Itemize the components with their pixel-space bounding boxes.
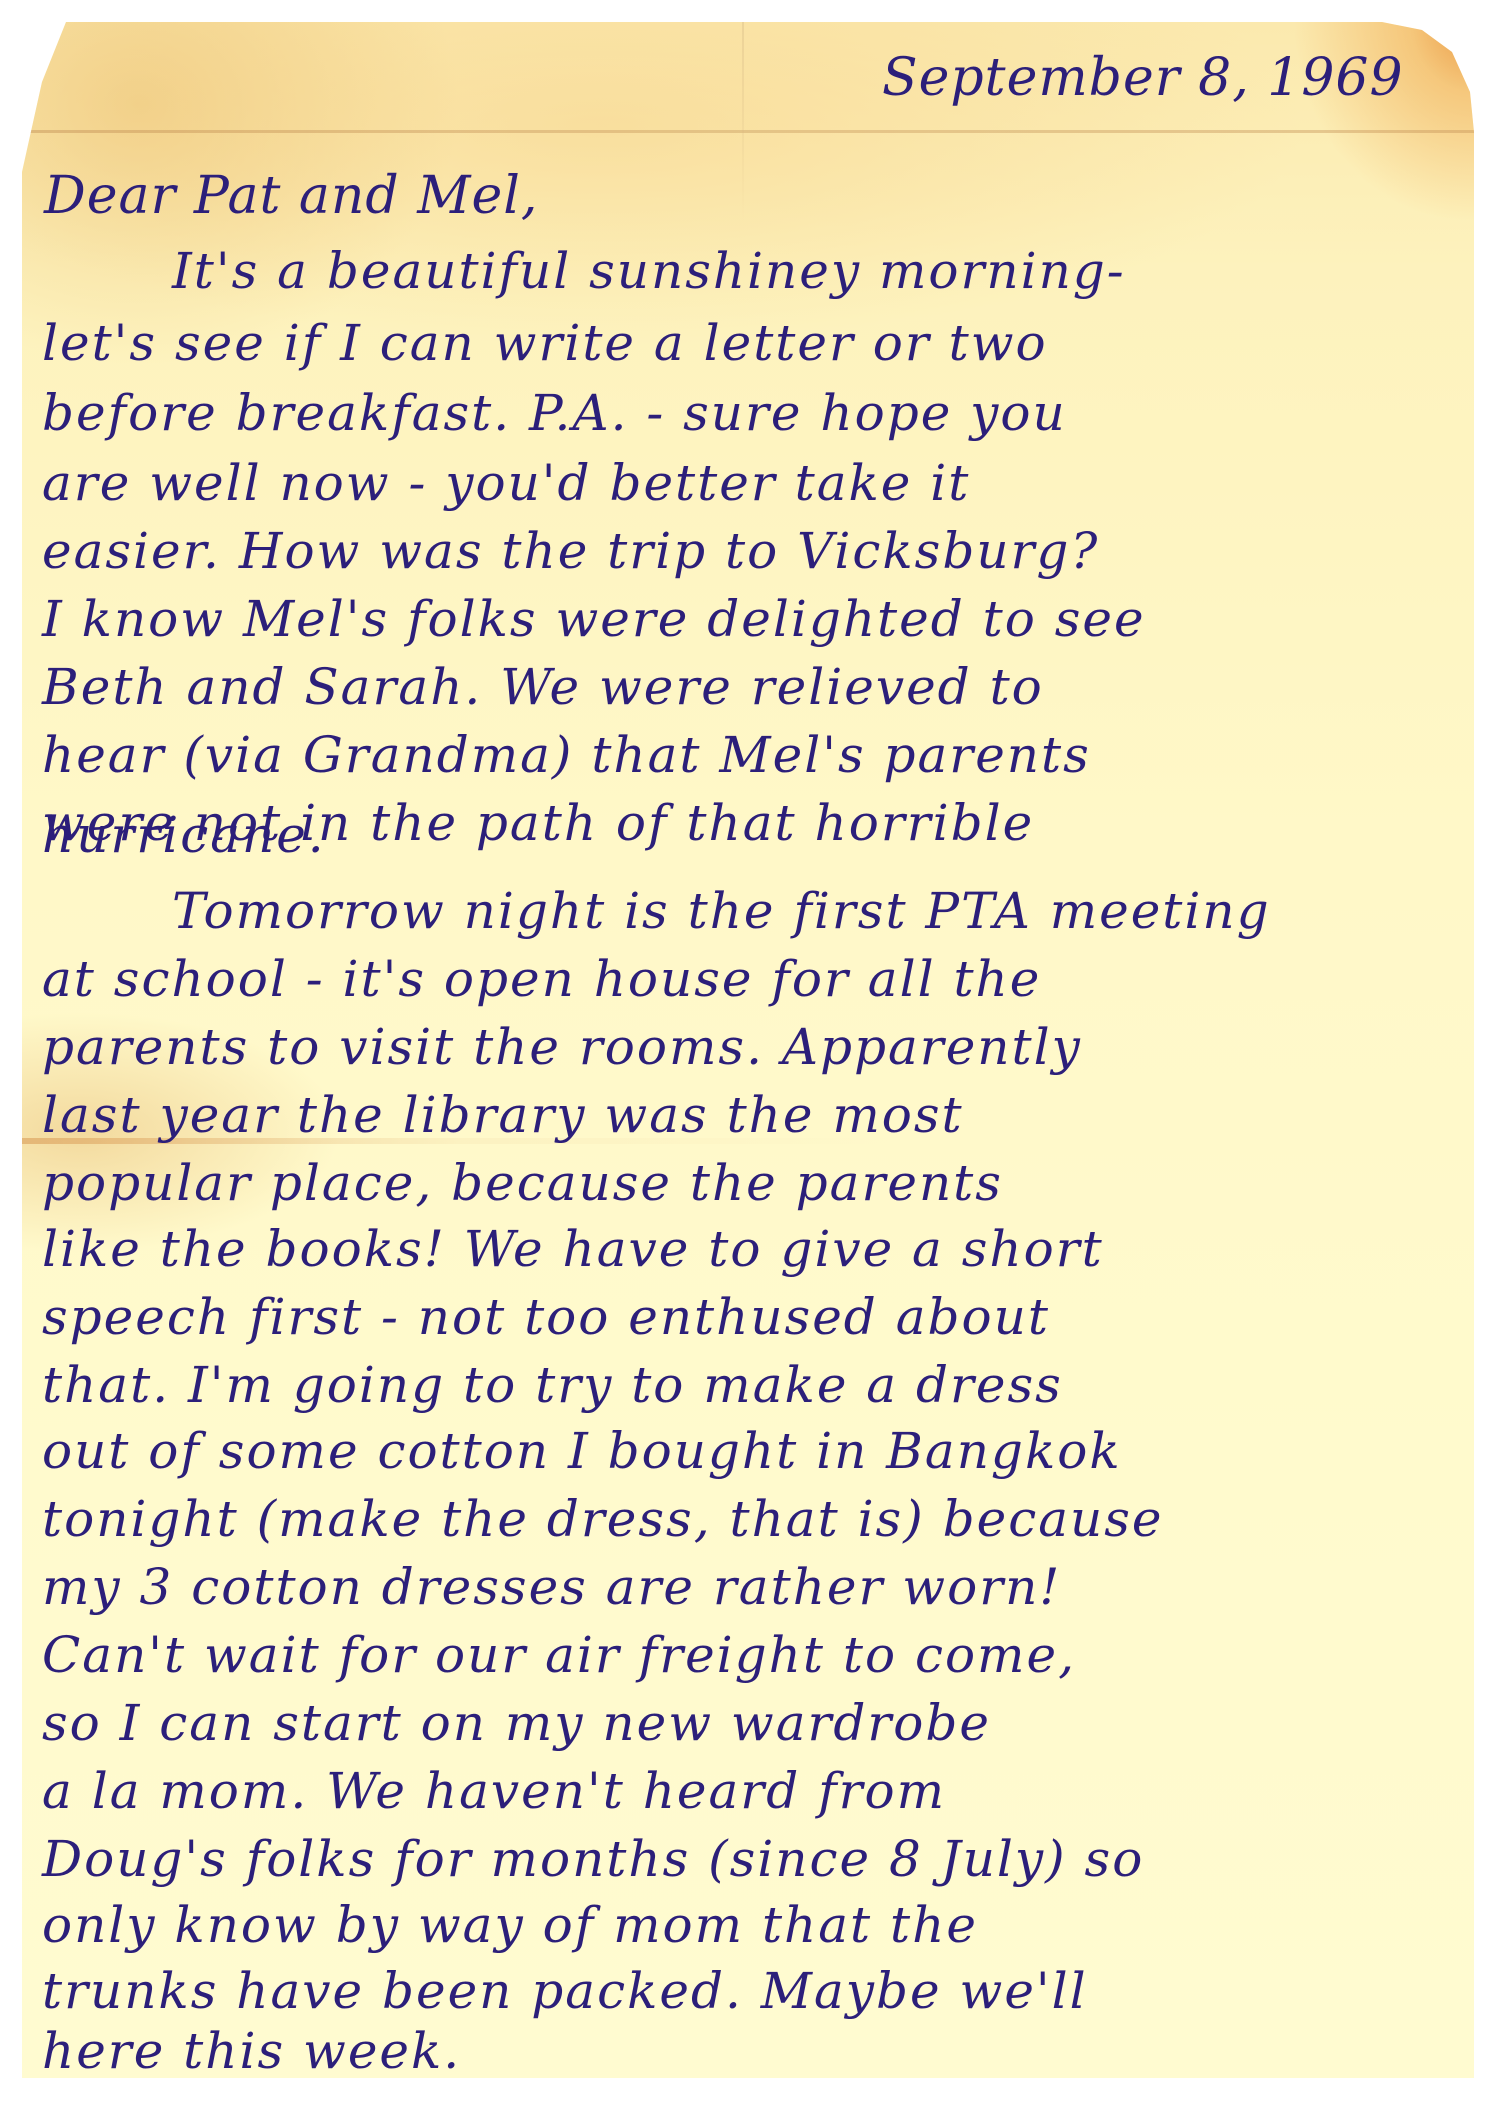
letter-salutation: Dear Pat and Mel, — [44, 170, 538, 222]
letter-date: September 8, 1969 — [882, 52, 1404, 104]
letter-line: hurricane. — [42, 806, 326, 864]
letter-line: Tomorrow night is the first PTA meeting — [172, 882, 1271, 940]
letter-line: Can't wait for our air freight to come, — [42, 1626, 1076, 1684]
letter-line: I know Mel's folks were delighted to see — [42, 590, 1146, 648]
letter-line: here this week. — [42, 2022, 461, 2080]
letter-line: It's a beautiful sunshiney morning- — [172, 242, 1126, 300]
letter-line: tonight (make the dress, that is) becaus… — [42, 1490, 1163, 1548]
letter-line: that. I'm going to try to make a dress — [42, 1356, 1063, 1414]
letter-line: so I can start on my new wardrobe — [42, 1694, 991, 1752]
letter-line: are well now - you'd better take it — [42, 454, 970, 512]
letter-line: like the books! We have to give a short — [42, 1220, 1104, 1278]
letter-line: my 3 cotton dresses are rather worn! — [42, 1558, 1061, 1616]
fold-crease-vertical — [742, 22, 744, 222]
letter-line: popular place, because the parents — [42, 1154, 1003, 1212]
letter-paper: September 8, 1969 Dear Pat and Mel, It's… — [22, 22, 1474, 2078]
letter-line: only know by way of mom that the — [42, 1896, 978, 1954]
fold-crease-top — [22, 130, 1474, 133]
letter-line: speech first - not too enthused about — [42, 1288, 1050, 1346]
letter-line: Beth and Sarah. We were relieved to — [42, 658, 1044, 716]
letter-line: a la mom. We haven't heard from — [42, 1762, 946, 1820]
letter-line: Doug's folks for months (since 8 July) s… — [42, 1830, 1144, 1888]
letter-line: trunks have been packed. Maybe we'll — [42, 1962, 1088, 2020]
letter-line: before breakfast. P.A. - sure hope you — [42, 384, 1067, 442]
letter-line: at school - it's open house for all the — [42, 950, 1041, 1008]
letter-line: easier. How was the trip to Vicksburg? — [42, 522, 1099, 580]
letter-line: let's see if I can write a letter or two — [42, 314, 1048, 372]
letter-line: out of some cotton I bought in Bangkok — [42, 1422, 1122, 1480]
letter-line: last year the library was the most — [42, 1086, 964, 1144]
letter-line: parents to visit the rooms. Apparently — [42, 1018, 1082, 1076]
letter-line: hear (via Grandma) that Mel's parents — [42, 726, 1091, 784]
